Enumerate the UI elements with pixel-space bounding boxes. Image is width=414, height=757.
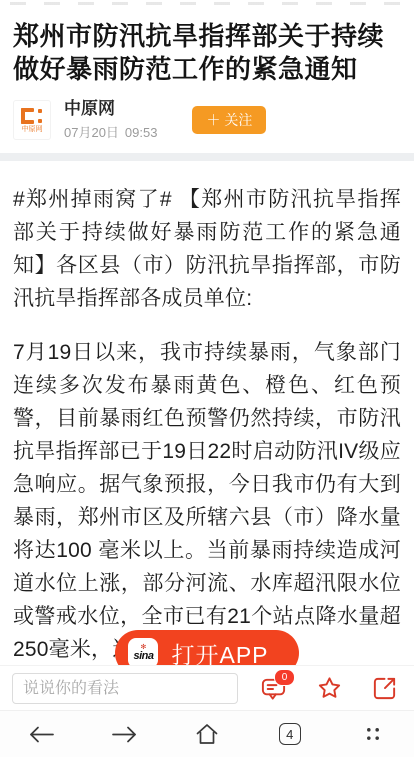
comment-actions: 0 xyxy=(238,675,402,702)
source-logo[interactable]: 中原网 xyxy=(13,100,51,140)
source-datetime: 07月20日09:53 xyxy=(64,122,163,141)
forward-button[interactable] xyxy=(109,719,139,749)
back-button[interactable] xyxy=(26,719,56,749)
menu-button[interactable] xyxy=(358,719,388,749)
sina-logo-text: sina xyxy=(133,651,153,662)
home-icon xyxy=(194,722,220,746)
comment-input[interactable] xyxy=(12,673,238,704)
comment-toolbar: 0 xyxy=(0,665,414,711)
browser-nav-bar: 4 xyxy=(0,710,414,757)
star-icon xyxy=(316,675,343,702)
source-time: 09:53 xyxy=(125,125,158,140)
open-app-label: 打开APP xyxy=(171,637,268,666)
mobile-browser-screen: 郑州市防汛抗旱指挥部关于持续做好暴雨防范工作的紧急通知 中原网 中原网 xyxy=(0,0,414,757)
home-button[interactable] xyxy=(192,719,222,749)
comment-count-badge: 0 xyxy=(274,669,295,686)
sina-logo: ✻ sina xyxy=(128,638,158,665)
source-date: 07月20日 xyxy=(64,125,119,140)
dots-menu-icon xyxy=(360,721,386,747)
zhongyuan-logo-mark xyxy=(21,108,43,124)
back-arrow-icon xyxy=(28,725,55,744)
forward-arrow-icon xyxy=(111,725,138,744)
share-icon xyxy=(371,675,398,702)
open-app-button[interactable]: ✻ sina 打开APP xyxy=(115,630,298,665)
article-title: 郑州市防汛抗旱指挥部关于持续做好暴雨防范工作的紧急通知 xyxy=(13,20,401,86)
source-logo-caption: 中原网 xyxy=(22,126,43,133)
source-name: 中原网 xyxy=(64,100,163,118)
article-paragraph-1: #郑州掉雨窝了# 【郑州市防汛抗旱指挥部关于持续做好暴雨防范工作的紧急通知】各区… xyxy=(13,183,401,315)
source-meta: 中原网 07月20日09:53 xyxy=(64,100,163,141)
follow-button[interactable]: ＋ 关注 xyxy=(192,106,266,134)
article-content: 郑州市防汛抗旱指挥部关于持续做好暴雨防范工作的紧急通知 中原网 中原网 xyxy=(0,0,414,665)
comments-button[interactable]: 0 xyxy=(260,675,287,702)
cropped-text-artifact xyxy=(10,2,404,5)
tabs-button[interactable]: 4 xyxy=(275,719,305,749)
section-separator xyxy=(0,153,414,161)
tab-count: 4 xyxy=(279,723,301,745)
article-paragraph-2: 7月19日以来，我市持续暴雨，气象部门连续多次发布暴雨黄色、橙色、红色预警，目前… xyxy=(13,336,401,665)
share-button[interactable] xyxy=(371,675,398,702)
source-row: 中原网 中原网 07月20日09:53 ＋ 关注 xyxy=(13,100,401,140)
favorite-button[interactable] xyxy=(316,675,343,702)
